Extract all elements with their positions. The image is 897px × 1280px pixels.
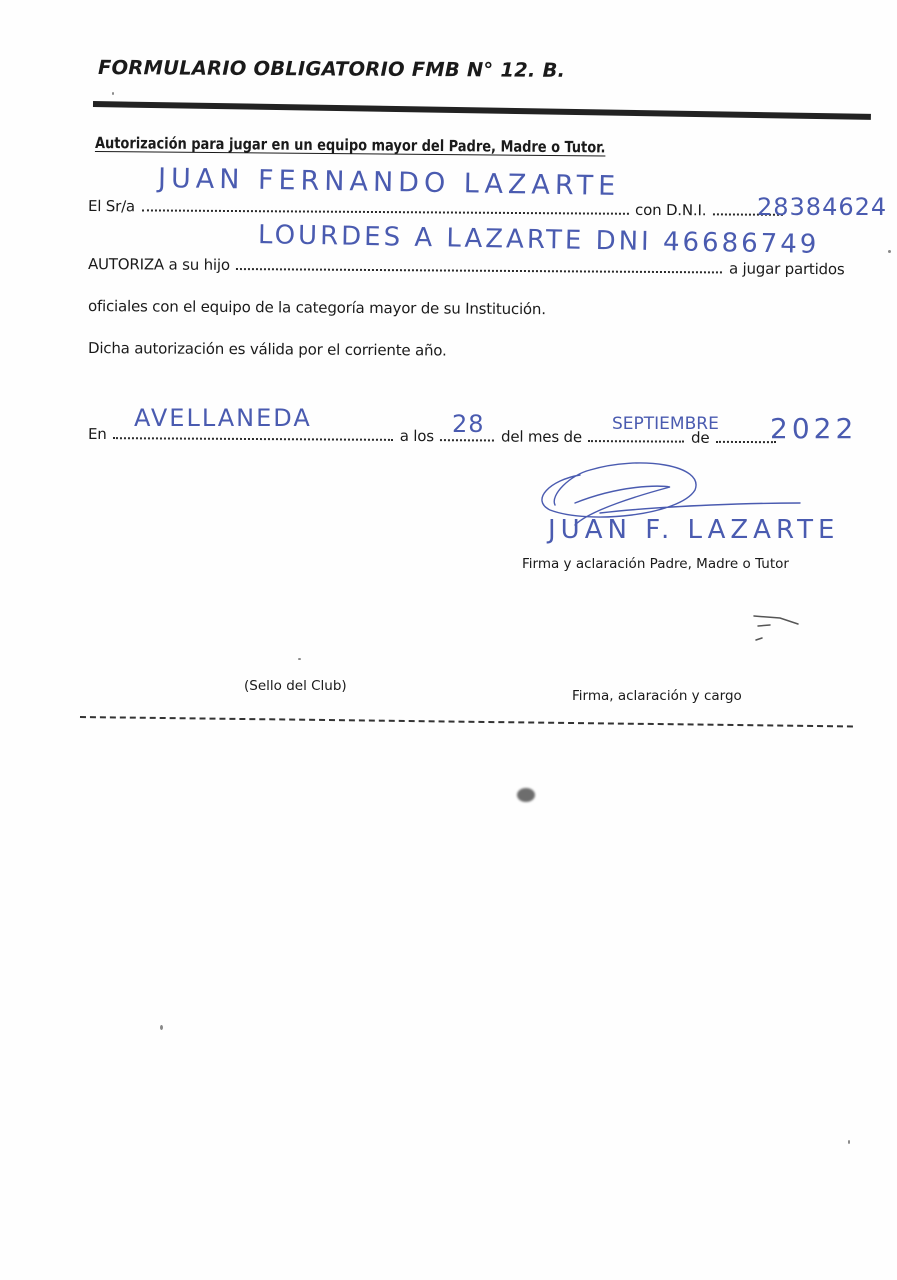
- title-rule: [93, 101, 871, 120]
- dni-label: con D.N.I.: [635, 201, 706, 219]
- handwritten-parent-dni: 28384624: [757, 193, 887, 221]
- scan-speck: [112, 92, 114, 95]
- child-line: AUTORIZA a su hijo a jugar partidos: [88, 255, 845, 278]
- month-field[interactable]: [588, 439, 684, 443]
- parent-name-field[interactable]: [141, 208, 628, 214]
- handwritten-day: 28: [452, 410, 485, 438]
- year-field[interactable]: [716, 440, 776, 443]
- handwritten-parent-name: JUAN FERNANDO LAZARTE: [158, 163, 621, 202]
- parent-name-label: El Sr/a: [88, 197, 135, 215]
- handwritten-child-name: LOURDES A LAZARTE DNI 46686749: [258, 220, 820, 260]
- handwritten-place: AVELLANEDA: [134, 404, 312, 432]
- scan-speck: [848, 1140, 850, 1144]
- form-title: FORMULARIO OBLIGATORIO FMB N° 12. B.: [98, 56, 565, 82]
- place-field[interactable]: [113, 436, 393, 441]
- cut-line: [80, 716, 853, 727]
- form-subtitle: Autorización para jugar en un equipo may…: [95, 134, 606, 156]
- club-signature-label: Firma, aclaración y cargo: [572, 688, 742, 704]
- body-line-3: oficiales con el equipo de la categoría …: [88, 297, 546, 318]
- parent-name-line: El Sr/a con D.N.I.: [88, 197, 785, 220]
- scan-speck: [160, 1025, 163, 1030]
- handwritten-month: SEPTIEMBRE: [612, 414, 719, 434]
- ink-smudge: [517, 788, 535, 802]
- play-matches-label: a jugar partidos: [729, 259, 845, 278]
- scan-speck: [298, 658, 301, 660]
- club-stamp-label: (Sello del Club): [244, 678, 347, 694]
- day-field[interactable]: [440, 438, 494, 441]
- scan-speck: [888, 250, 891, 253]
- day-label: a los: [400, 427, 434, 445]
- authorizes-label: AUTORIZA a su hijo: [88, 255, 230, 274]
- scanned-form-page: FORMULARIO OBLIGATORIO FMB N° 12. B. Aut…: [0, 0, 897, 1280]
- club-signature-mark: [750, 612, 810, 652]
- body-line-4: Dicha autorización es válida por el corr…: [88, 339, 447, 360]
- handwritten-year: 2022: [770, 412, 857, 445]
- handwritten-parent-clarification: JUAN F. LAZARTE: [548, 515, 839, 545]
- place-label: En: [88, 425, 107, 443]
- child-name-field[interactable]: [236, 267, 722, 273]
- month-label: del mes de: [501, 428, 582, 446]
- parent-signature-caption: Firma y aclaración Padre, Madre o Tutor: [522, 556, 789, 572]
